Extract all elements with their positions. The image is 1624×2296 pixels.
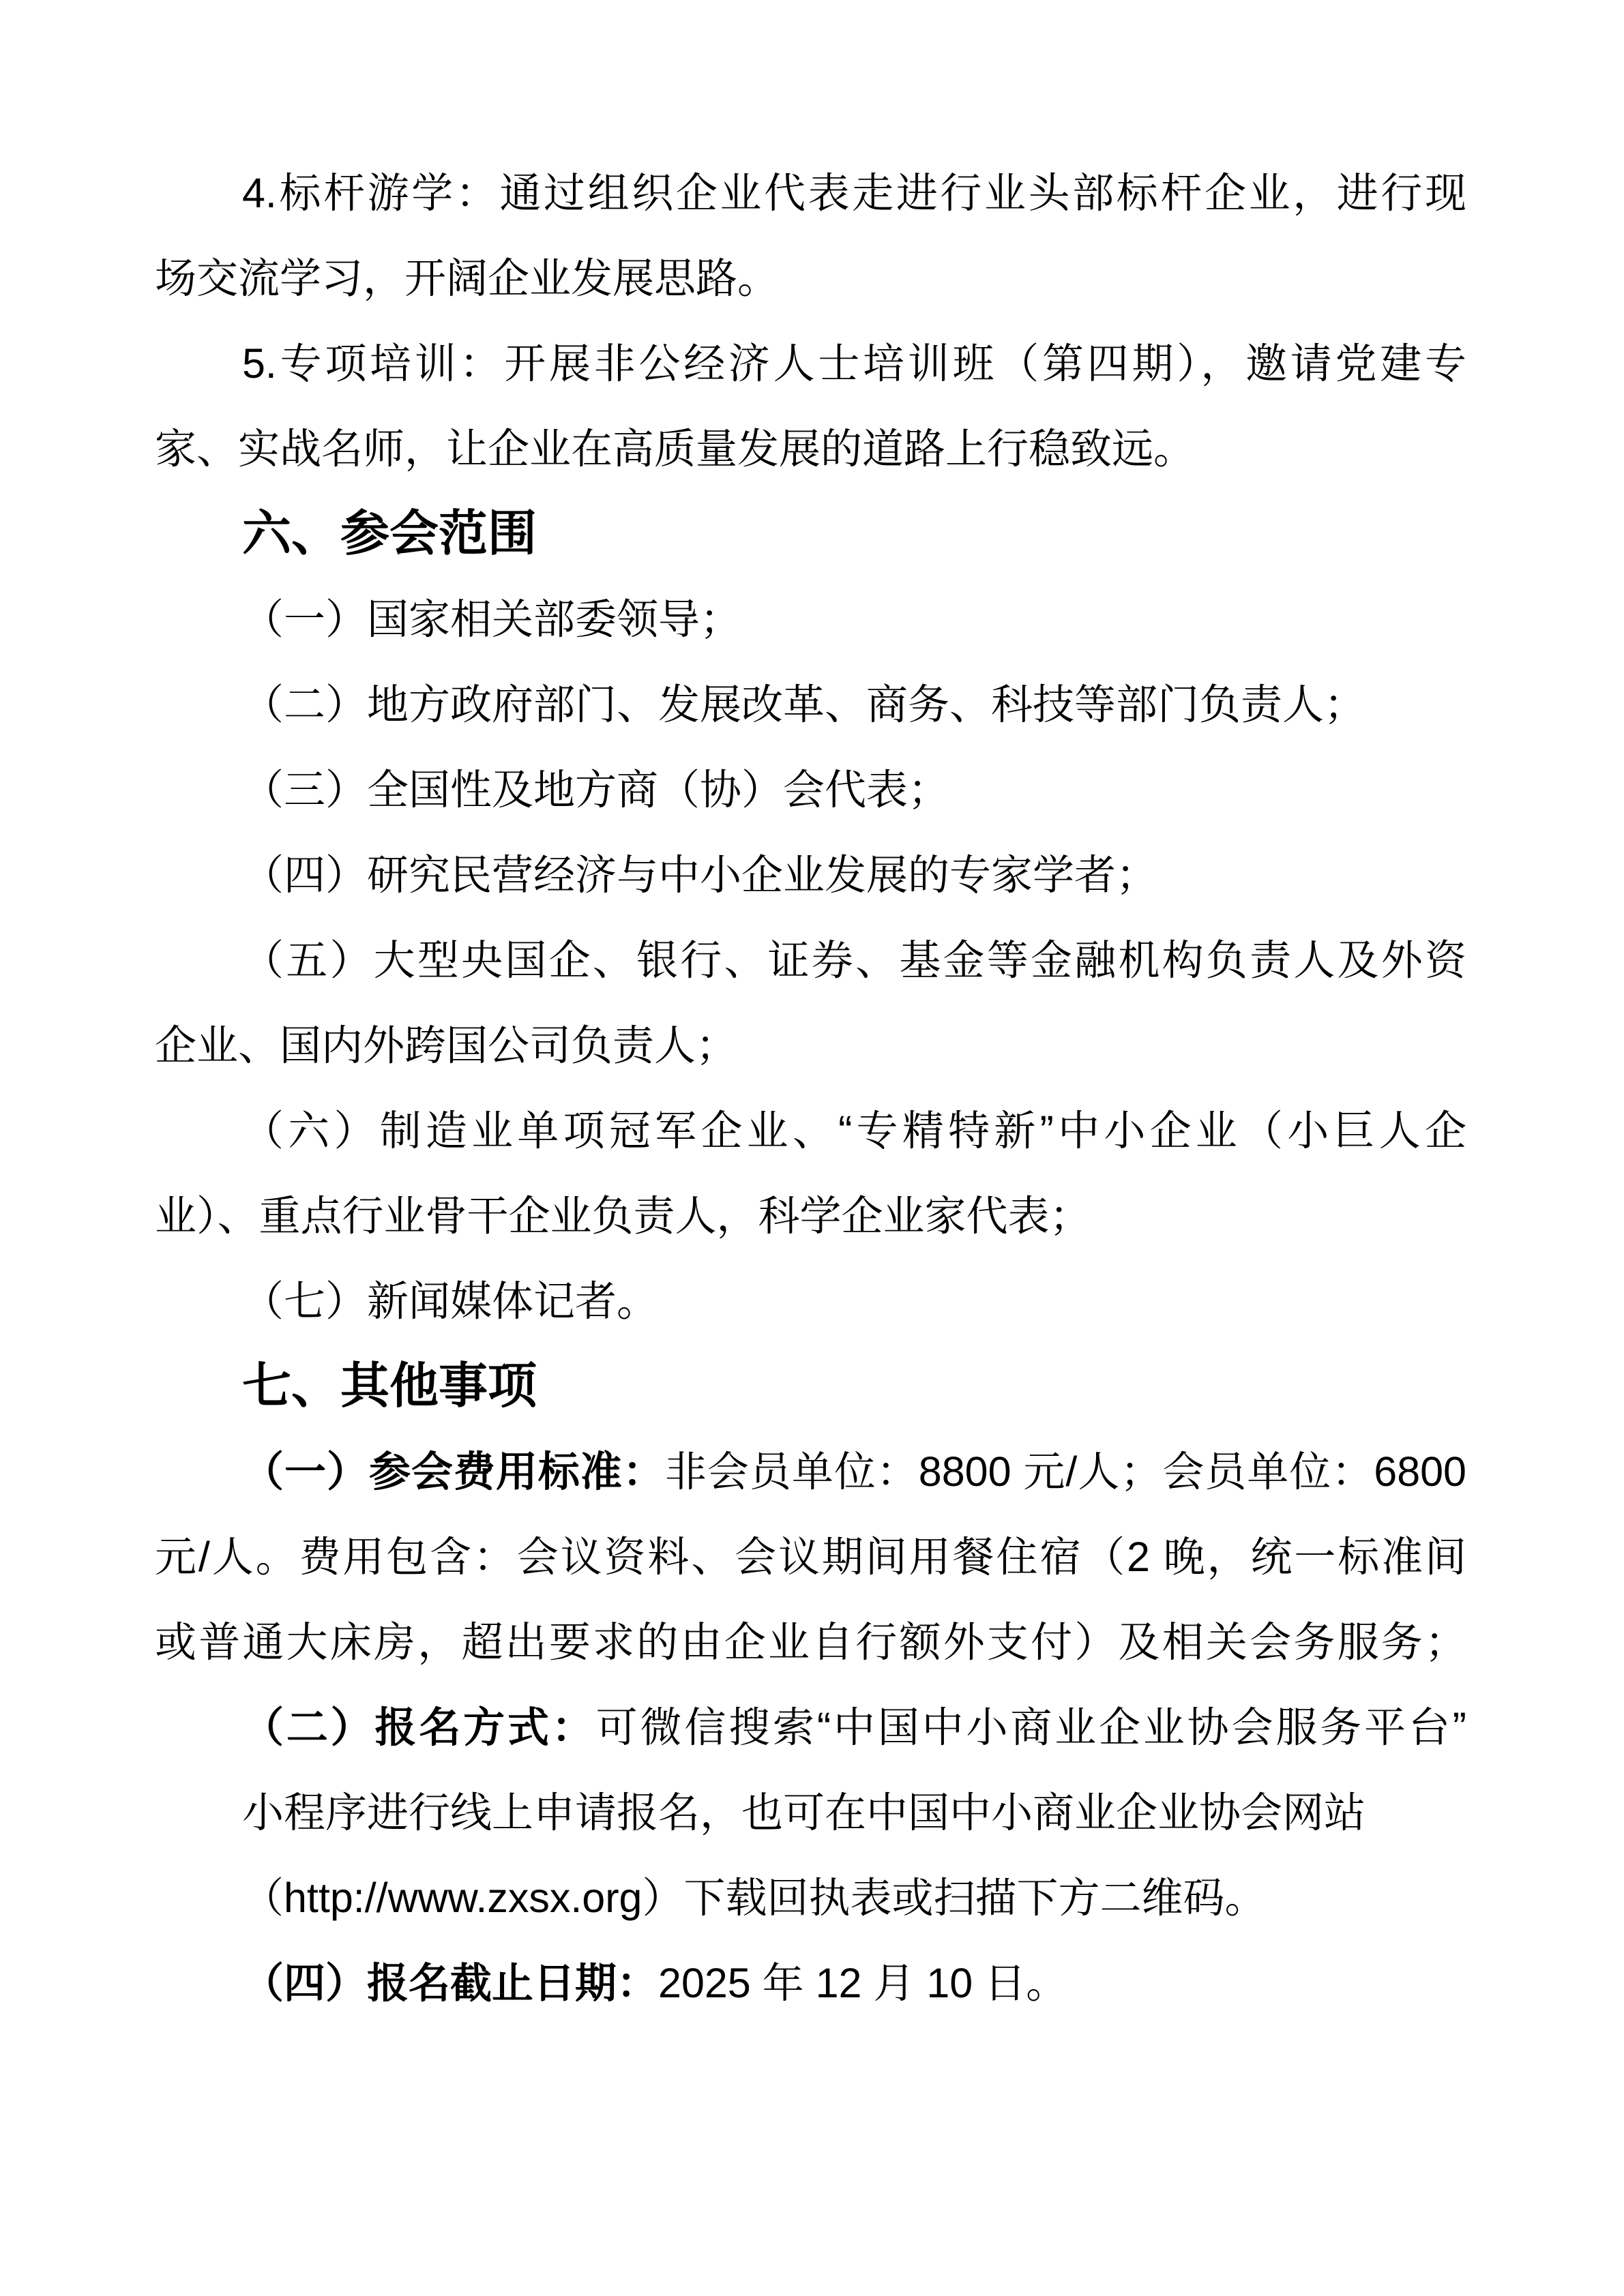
registration-method-value: 可微信搜索“中国中小商业企业协会服务平台”	[596, 1704, 1466, 1750]
list-item-continuation: 业）、重点行业骨干企业负责人，科学企业家代表；	[155, 1174, 1466, 1259]
list-item: （七）新闻媒体记者。	[155, 1259, 1466, 1344]
list-item: （二）地方政府部门、发展改革、商务、科技等部门负责人；	[155, 662, 1466, 747]
list-item: （六）制造业单项冠军企业、“专精特新”中小企业（小巨人企	[155, 1088, 1466, 1174]
fee-detail-line: 或普通大床房，超出要求的由企业自行额外支付）及相关会务服务；	[155, 1600, 1466, 1685]
registration-url-line: （http://www.zxsx.org）下载回执表或扫描下方二维码。	[155, 1855, 1466, 1941]
section-heading-other-matters: 七、其他事项	[155, 1344, 1466, 1429]
fee-standard-label: （一）参会费用标准：	[242, 1448, 665, 1495]
registration-method-continuation: 小程序进行线上申请报名，也可在中国中小商业企业协会网站	[155, 1770, 1466, 1855]
list-item-continuation: 企业、国内外跨国公司负责人；	[155, 1003, 1466, 1088]
fee-standard-line: （一）参会费用标准：非会员单位：8800 元/人；会员单位：6800	[155, 1429, 1466, 1515]
list-item: （三）全国性及地方商（协）会代表；	[155, 747, 1466, 833]
fee-standard-value: 非会员单位：8800 元/人；会员单位：6800	[665, 1448, 1466, 1495]
list-item: （四）研究民营经济与中小企业发展的专家学者；	[155, 833, 1466, 918]
fee-detail-line: 元/人。费用包含：会议资料、会议期间用餐住宿（2 晚，统一标准间	[155, 1515, 1466, 1600]
section-heading-attendance-scope: 六、参会范围	[155, 492, 1466, 577]
registration-method-line: （二）报名方式：可微信搜索“中国中小商业企业协会服务平台”	[155, 1685, 1466, 1770]
document-page: 4.标杆游学：通过组织企业代表走进行业头部标杆企业，进行现 场交流学习，开阔企业…	[0, 0, 1624, 2296]
text-line: 4.标杆游学：通过组织企业代表走进行业头部标杆企业，进行现	[155, 151, 1466, 236]
deadline-label: （四）报名截止日期：	[242, 1960, 658, 2006]
document-content: 4.标杆游学：通过组织企业代表走进行业头部标杆企业，进行现 场交流学习，开阔企业…	[0, 0, 1624, 2026]
deadline-value: 2025 年 12 月 10 日。	[658, 1960, 1067, 2006]
list-item: （五）大型央国企、银行、证券、基金等金融机构负责人及外资	[155, 918, 1466, 1003]
deadline-line: （四）报名截止日期：2025 年 12 月 10 日。	[155, 1941, 1466, 2026]
text-line: 场交流学习，开阔企业发展思路。	[155, 236, 1466, 321]
text-line: 5.专项培训：开展非公经济人士培训班（第四期），邀请党建专	[155, 321, 1466, 406]
list-item: （一）国家相关部委领导；	[155, 577, 1466, 662]
text-line: 家、实战名师，让企业在高质量发展的道路上行稳致远。	[155, 406, 1466, 492]
registration-method-label: （二）报名方式：	[242, 1704, 596, 1750]
